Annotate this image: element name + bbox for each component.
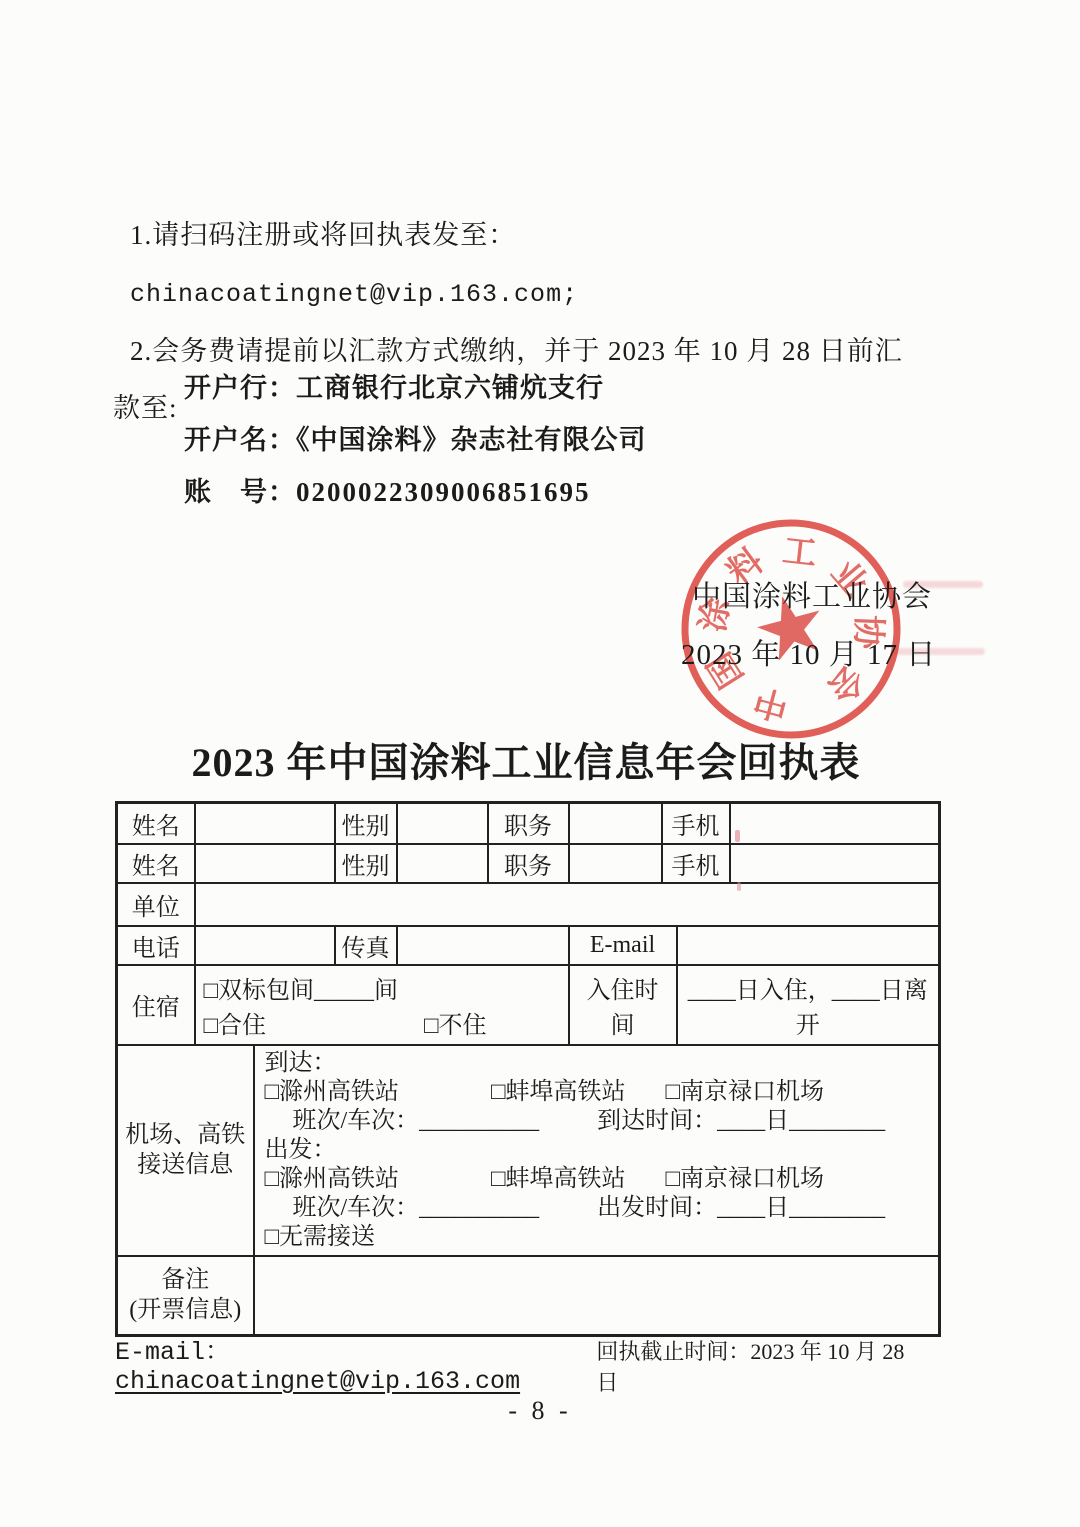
signature-date: 2023 年 10 月 17 日 — [681, 632, 936, 673]
checkbox-depart-bengbu-station: □蚌埠高铁站 — [491, 1165, 626, 1194]
depart-train-number-blank: 班次/车次：__________ — [293, 1195, 540, 1221]
footer-email-label: E-mail： — [115, 1338, 230, 1367]
gender-label-1: 性别 — [335, 803, 397, 844]
lodging-label: 住宿 — [117, 965, 195, 1045]
page-footer: E-mail：chinacoatingnet@vip.163.com 回执截止时… — [115, 1331, 907, 1397]
checkbox-arrive-nanjing-airport: □南京禄口机场 — [666, 1078, 825, 1107]
phone-label: 电话 — [117, 926, 195, 965]
attendee-row-2: 姓名 性别 职务 手机 — [117, 844, 940, 883]
depart-time-blank: 出发时间：____日________ — [597, 1195, 885, 1221]
fax-label: 传真 — [335, 926, 397, 965]
arrive-heading: 到达： — [265, 1049, 931, 1078]
transfer-label: 机场、高铁 接送信息 — [117, 1045, 254, 1256]
fax-field — [397, 926, 569, 965]
ink-speck — [735, 830, 740, 842]
name-label-1: 姓名 — [117, 803, 195, 844]
name-field-1 — [195, 803, 335, 844]
registration-email: chinacoatingnet@vip.163.com; — [130, 280, 578, 309]
mobile-field-2 — [730, 844, 940, 883]
gender-label-2: 性别 — [335, 844, 397, 883]
transfer-label-line2: 接送信息 — [124, 1150, 247, 1180]
transfer-row: 机场、高铁 接送信息 到达： □滁州高铁站 □蚌埠高铁站 □南京禄口机场 班次/… — [117, 1045, 940, 1256]
account-number-value: 0200022309006851695 — [296, 477, 591, 507]
attendee-row-1: 姓名 性别 职务 手机 — [117, 803, 940, 844]
ink-speck — [737, 882, 741, 891]
bank-account-block: 开户行：工商银行北京六铺炕支行 开户名：《中国涂料》杂志社有限公司 账 号：02… — [184, 362, 647, 518]
checkbox-depart-chuzhou-station: □滁州高铁站 — [265, 1165, 400, 1194]
duty-label-2: 职务 — [488, 844, 569, 883]
depart-station-options: □滁州高铁站 □蚌埠高铁站 □南京禄口机场 — [265, 1165, 931, 1194]
duty-field-1 — [569, 803, 662, 844]
registration-table: 姓名 性别 职务 手机 姓名 性别 职务 手机 单位 电话 传真 — [115, 801, 941, 1337]
association-seal-stamp: 中国涂料工业协会 — [649, 487, 933, 771]
transfer-label-line1: 机场、高铁 — [124, 1120, 247, 1150]
mobile-field-1 — [730, 803, 940, 844]
checkbox-no-pickup: □无需接送 — [265, 1223, 931, 1252]
duty-label-1: 职务 — [488, 803, 569, 844]
reply-deadline: 回执截止时间：2023 年 10 月 28 日 — [596, 1335, 907, 1397]
arrive-train-number-blank: 班次/车次：__________ — [293, 1108, 540, 1134]
checkin-time-label: 入住时间 — [569, 965, 677, 1045]
checkbox-option-share-room: □合住 — [204, 1005, 267, 1040]
remark-row: 备注 (开票信息) — [117, 1256, 940, 1336]
depart-train-line: 班次/车次：__________ 出发时间：____日________ — [265, 1194, 931, 1223]
unit-field — [195, 883, 940, 926]
checkbox-option-no-room: □不住 — [424, 1005, 487, 1040]
account-holder-row: 开户名：《中国涂料》杂志社有限公司 — [184, 414, 647, 466]
signature-organization: 中国涂料工业协会 — [692, 574, 932, 615]
checkin-time-field: ____日入住，____日离开 — [677, 965, 940, 1045]
arrive-train-line: 班次/车次：__________ 到达时间：____日________ — [265, 1107, 931, 1136]
lodging-options-cell: □双标包间_____间 □合住 □不住 — [195, 965, 569, 1045]
name-field-2 — [195, 844, 335, 883]
form-title: 2023 年中国涂料工业信息年会回执表 — [0, 731, 1066, 788]
lodging-options-line2: □合住 □不住 — [204, 1005, 560, 1040]
remark-label-line2: (开票信息) — [124, 1295, 247, 1325]
checkbox-arrive-bengbu-station: □蚌埠高铁站 — [491, 1078, 626, 1107]
unit-row: 单位 — [117, 883, 940, 926]
footer-email-value: chinacoatingnet@vip.163.com — [115, 1367, 520, 1396]
mobile-label-2: 手机 — [662, 844, 730, 883]
unit-label: 单位 — [117, 883, 195, 926]
arrive-station-options: □滁州高铁站 □蚌埠高铁站 □南京禄口机场 — [265, 1078, 931, 1107]
checkbox-arrive-chuzhou-station: □滁州高铁站 — [265, 1078, 400, 1107]
phone-field — [195, 926, 335, 965]
account-holder-value: 《中国涂料》杂志社有限公司 — [296, 425, 647, 455]
email-label: E-mail — [569, 926, 677, 965]
svg-text:中: 中 — [750, 681, 793, 727]
depart-heading: 出发： — [265, 1136, 931, 1165]
scanned-document-page: 1.请扫码注册或将回执表发至：chinacoatingnet@vip.163.c… — [0, 0, 1080, 1527]
instruction-line-1: 1.请扫码注册或将回执表发至：chinacoatingnet@vip.163.c… — [113, 207, 953, 323]
remark-field — [254, 1256, 940, 1336]
arrive-time-blank: 到达时间：____日________ — [597, 1108, 885, 1134]
checkbox-depart-nanjing-airport: □南京禄口机场 — [666, 1165, 825, 1194]
email-field — [677, 926, 940, 965]
bank-branch-label: 开户行： — [184, 373, 296, 403]
account-holder-label: 开户名： — [184, 425, 296, 455]
gender-field-2 — [397, 844, 488, 883]
lodging-row: 住宿 □双标包间_____间 □合住 □不住 入住时间 ____日入住，____… — [117, 965, 940, 1045]
bank-branch-value: 工商银行北京六铺炕支行 — [296, 373, 604, 403]
account-number-label: 账 号： — [184, 477, 296, 507]
remark-label-line1: 备注 — [124, 1265, 247, 1295]
gender-field-1 — [397, 803, 488, 844]
instruction-line-3: 款至: — [113, 393, 178, 423]
page-number: - 8 - — [0, 1396, 1080, 1426]
checkbox-option-double-room: □双标包间_____间 — [204, 970, 560, 1005]
remark-label: 备注 (开票信息) — [117, 1256, 254, 1336]
transfer-details-cell: 到达： □滁州高铁站 □蚌埠高铁站 □南京禄口机场 班次/车次：________… — [254, 1045, 940, 1256]
contact-row: 电话 传真 E-mail — [117, 926, 940, 965]
svg-text:工: 工 — [781, 533, 819, 574]
account-number-row: 账 号：0200022309006851695 — [184, 466, 647, 518]
bank-branch-row: 开户行：工商银行北京六铺炕支行 — [184, 362, 647, 414]
duty-field-2 — [569, 844, 662, 883]
mobile-label-1: 手机 — [662, 803, 730, 844]
footer-email-row: E-mail：chinacoatingnet@vip.163.com — [115, 1331, 596, 1396]
instruction-1-text: 1.请扫码注册或将回执表发至： — [130, 220, 516, 250]
name-label-2: 姓名 — [117, 844, 195, 883]
